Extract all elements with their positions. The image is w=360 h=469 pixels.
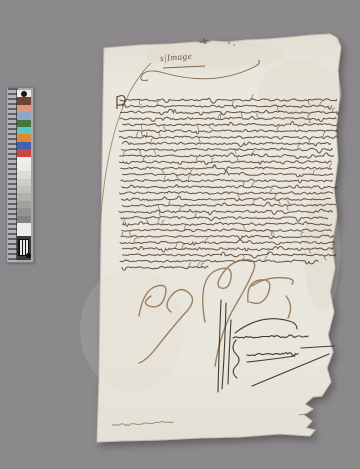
archival-photograph: s|Image xyxy=(0,0,360,469)
manuscript-page xyxy=(0,0,360,469)
